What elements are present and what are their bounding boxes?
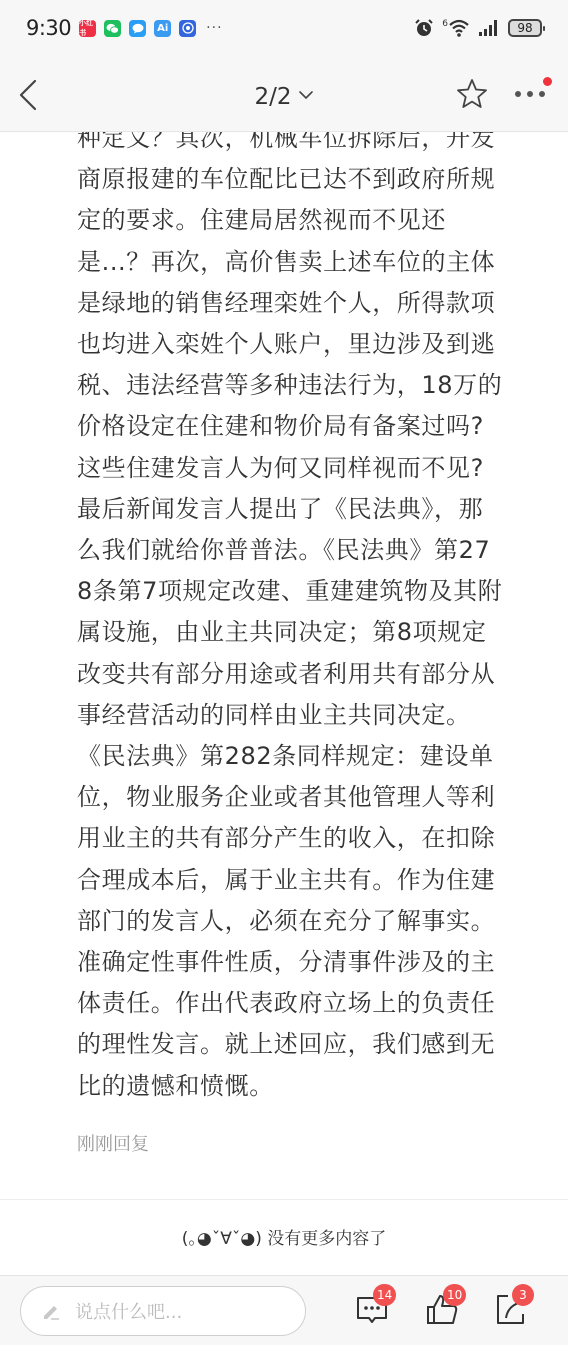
shares-count-badge: 3 — [512, 1284, 534, 1306]
more-options-button[interactable] — [512, 86, 552, 102]
comment-input[interactable]: 说点什么吧... — [20, 1286, 306, 1336]
page-indicator: 2/2 — [254, 84, 291, 110]
content-line: 比的遗憾和愤慨。 — [77, 1066, 537, 1107]
no-more-content-label: (｡◕ˇ∀ˇ◕) 没有更多内容了 — [0, 1224, 568, 1249]
content-line: 改变共有部分用途或者利用共有部分从 — [77, 654, 537, 695]
wechat-icon — [104, 20, 121, 37]
xiaohongshu-label: 小红书 — [79, 18, 96, 38]
comment-placeholder: 说点什么吧... — [75, 1298, 182, 1324]
alarm-icon — [414, 18, 434, 38]
reply-timestamp: 刚刚回复 — [77, 1130, 149, 1156]
content-line: 准确定性事件性质，分清事件涉及的主 — [77, 942, 537, 983]
status-time: 9:30 — [26, 16, 71, 40]
content-line: 位，物业服务企业或者其他管理人等利 — [77, 777, 537, 818]
content-line: 体责任。作出代表政府立场上的负责任 — [77, 983, 537, 1024]
content-line: 是绿地的销售经理栾姓个人，所得款项 — [77, 283, 537, 324]
likes-count-badge: 10 — [443, 1284, 466, 1306]
like-button[interactable]: 10 — [425, 1292, 459, 1326]
content-line: 么我们就给你普普法。《民法典》第27 — [77, 530, 537, 571]
content-line: 税、违法经营等多种违法行为，18万的 — [77, 365, 537, 406]
pencil-icon — [41, 1301, 61, 1321]
content-line: 最后新闻发言人提出了《民法典》，那 — [77, 489, 537, 530]
wifi-icon: 6 — [442, 19, 470, 37]
content-line: 这些住建发言人为何又同样视而不见? — [77, 448, 537, 489]
content-line: 部门的发言人，必须在充分了解事实。 — [77, 901, 537, 942]
more-notifications-icon: ··· — [206, 20, 222, 36]
ai-label: Ai — [157, 23, 168, 34]
share-button[interactable]: 3 — [494, 1292, 528, 1326]
chevron-down-icon — [298, 80, 314, 106]
content-line: 合理成本后，属于业主共有。作为住建 — [77, 860, 537, 901]
more-notification-dot — [543, 77, 552, 86]
status-bar: 9:30 小红书 Ai ··· 6 98 — [0, 0, 568, 56]
content-line: 用业主的共有部分产生的收入，在扣除 — [77, 818, 537, 859]
reply-content: 种定义？其次，机械车位拆除后，开发 商原报建的车位配比已达不到政府所规 定的要求… — [77, 118, 537, 1107]
divider — [0, 1199, 568, 1200]
content-line: 是...？再次，高价售卖上述车位的主体 — [77, 242, 537, 283]
top-nav-bar: 2/2 — [0, 56, 568, 132]
status-indicators: 6 98 — [414, 18, 542, 38]
accessibility-icon — [179, 20, 196, 37]
content-line: 也均进入栾姓个人账户，里边涉及到逃 — [77, 324, 537, 365]
content-line: 《民法典》第282条同样规定：建设单 — [77, 736, 537, 777]
xiaohongshu-icon: 小红书 — [79, 20, 96, 37]
star-icon — [454, 76, 490, 112]
more-horizontal-icon — [512, 86, 552, 102]
comments-button[interactable]: 14 — [355, 1292, 389, 1326]
content-line: 价格设定在住建和物价局有备案过吗? — [77, 406, 537, 447]
messages-icon — [129, 20, 146, 37]
bottom-action-bar: 说点什么吧... 14 10 3 — [0, 1275, 568, 1345]
content-line: 事经营活动的同样由业主共同决定。 — [77, 695, 537, 736]
content-line: 属设施，由业主共同决定；第8项规定 — [77, 612, 537, 653]
content-line: 定的要求。住建局居然视而不见还 — [77, 200, 537, 241]
comments-count-badge: 14 — [373, 1284, 396, 1306]
battery-indicator: 98 — [508, 19, 542, 37]
signal-icon — [478, 19, 500, 37]
content-line: 的理性发言。就上述回应，我们感到无 — [77, 1024, 537, 1065]
content-line: 8条第7项规定改建、重建建筑物及其附 — [77, 571, 537, 612]
favorite-button[interactable] — [454, 76, 490, 112]
ai-icon: Ai — [154, 20, 171, 37]
content-line: 商原报建的车位配比已达不到政府所规 — [77, 159, 537, 200]
